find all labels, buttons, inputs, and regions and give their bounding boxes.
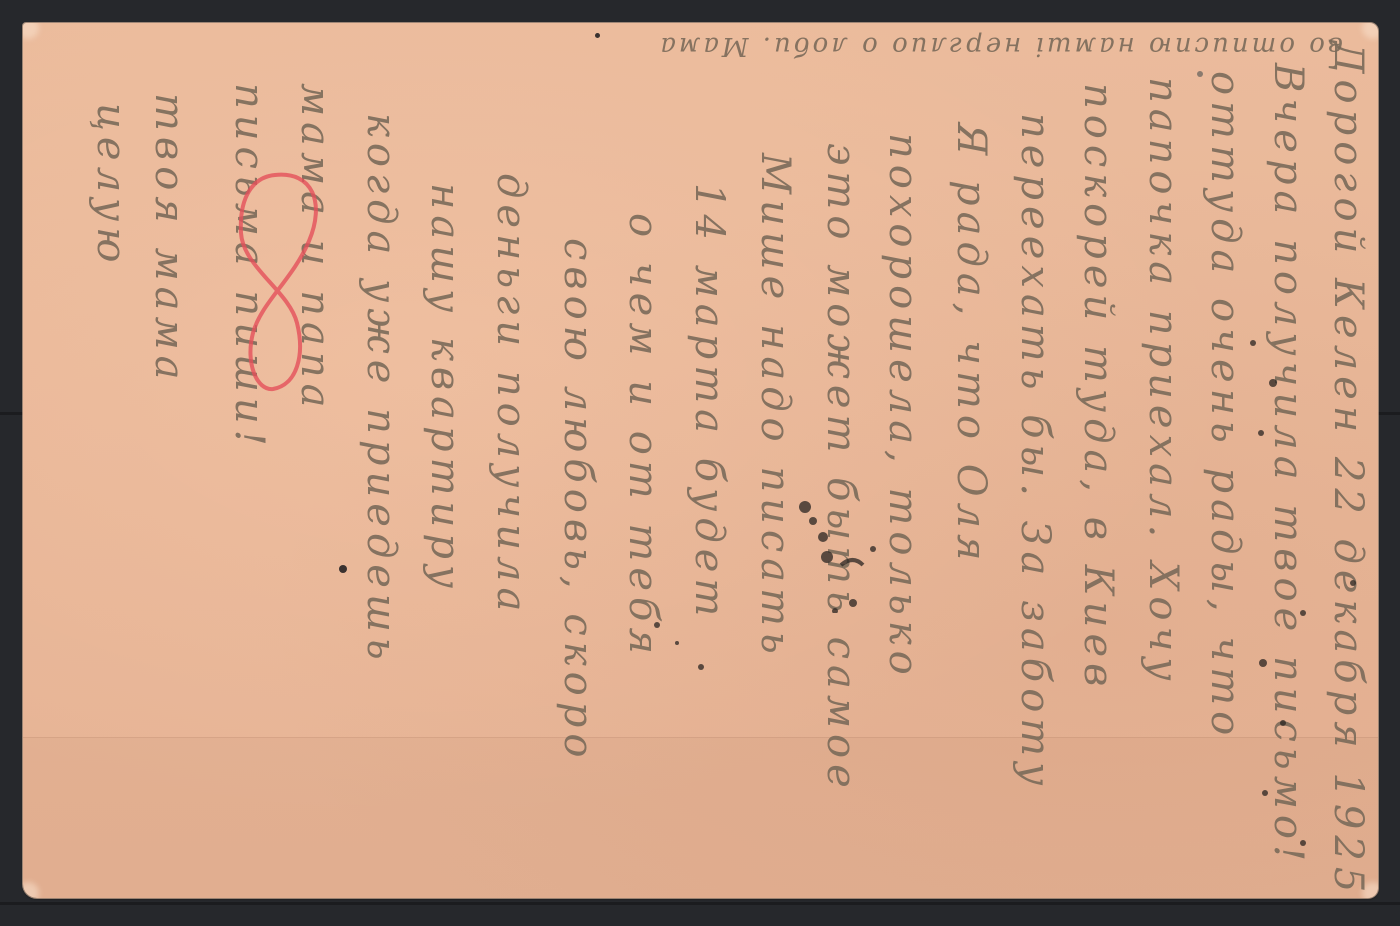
- handwriting-line: целую: [91, 103, 131, 268]
- red-pencil-mark: [213, 163, 333, 403]
- handwriting-line: Я рада, что Оля: [951, 123, 991, 566]
- postmark-smudge: [783, 493, 893, 613]
- ink-speck: [1197, 71, 1203, 77]
- card-lower-band: [23, 737, 1378, 898]
- handwriting-line: о чем и от тебя: [623, 213, 663, 660]
- handwriting-line: это может быть самое: [821, 143, 861, 794]
- handwriting-line: папочка приехал. Хочу: [1143, 77, 1183, 687]
- postmark-smudge: [1243, 323, 1363, 883]
- corner-wear: [23, 23, 39, 39]
- handwriting-line: переехать бы. За заботу: [1015, 113, 1055, 791]
- ink-speck: [339, 565, 347, 573]
- corner-wear: [1362, 23, 1378, 39]
- background-stripe: [0, 902, 1400, 905]
- postmark-smudge: [643, 613, 723, 693]
- postcard: во отписпю намшi нерглио о лоби. Мама До…: [23, 23, 1378, 898]
- handwriting-line: поскорей туда, в Киев: [1078, 83, 1118, 692]
- top-edge-line: во отписпю намшi нерглио о лоби. Мама: [63, 31, 1343, 61]
- handwriting-line: деньги получила: [491, 173, 531, 617]
- handwriting-line: свою любовь, скоро: [558, 238, 598, 763]
- handwriting-line: оттуда очень рады, что: [1205, 71, 1245, 741]
- handwriting-line: нашу квартиру: [425, 183, 465, 594]
- handwriting-line: когда уже приедешь: [361, 113, 401, 666]
- handwriting-line: твоя мама: [149, 93, 189, 386]
- ink-speck: [595, 33, 600, 38]
- handwriting-line: 14 марта будет: [689, 183, 729, 622]
